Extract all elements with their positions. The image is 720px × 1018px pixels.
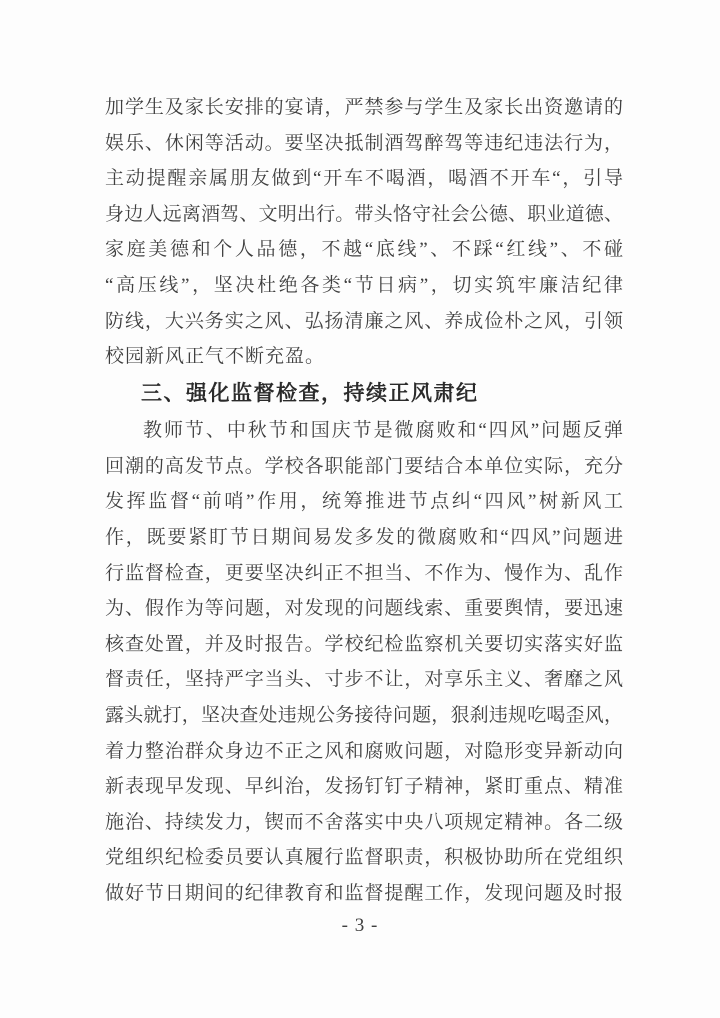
text-line: 娱乐、休闲等活动。要坚决抵制酒驾醉驾等违纪违法行为， [105,126,623,162]
text-line: 露头就打，坚决查处违规公务接待问题，狠刹违规吃喝歪风， [105,698,623,734]
text-line: 督责任，坚持严字当头、寸步不让，对享乐主义、奢靡之风 [105,662,623,698]
paragraph-supervision: 教师节、中秋节和国庆节是微腐败和“四风”问题反弹回潮的高发节点。学校各职能部门要… [105,413,623,911]
text-line: 主动提醒亲属朋友做到“开车不喝酒，喝酒不开车“，引导 [105,161,623,197]
text-line: 着力整治群众身边不正之风和腐败问题，对隐形变异新动向 [105,734,623,770]
text-line: 加学生及家长安排的宴请，严禁参与学生及家长出资邀请的 [105,90,623,126]
text-line: 为、假作为等问题，对发现的问题线索、重要舆情，要迅速 [105,591,623,627]
text-line: “高压线”，坚决杜绝各类“节日病”，切实筑牢廉洁纪律 [105,268,623,304]
text-line: 家庭美德和个人品德，不越“底线”、不踩“红线”、不碰 [105,232,623,268]
text-line: 防线，大兴务实之风、弘扬清廉之风、养成俭朴之风，引领 [105,304,623,340]
text-line: 核查处置，并及时报告。学校纪检监察机关要切实落实好监 [105,627,623,663]
text-line: 做好节日期间的纪律教育和监督提醒工作，发现问题及时报 [105,876,623,912]
text-line: 校园新风正气不断充盈。 [105,339,623,375]
paragraph-continuation: 加学生及家长安排的宴请，严禁参与学生及家长出资邀请的娱乐、休闲等活动。要坚决抵制… [105,90,623,375]
text-line: 回潮的高发节点。学校各职能部门要结合本单位实际，充分 [105,449,623,485]
section-heading: 三、强化监督检查，持续正风肃纪 [105,375,623,414]
document-body: 加学生及家长安排的宴请，严禁参与学生及家长出资邀请的娱乐、休闲等活动。要坚决抵制… [105,90,623,912]
text-line: 新表现早发现、早纠治，发扬钉钉子精神，紧盯重点、精准 [105,769,623,805]
text-line: 教师节、中秋节和国庆节是微腐败和“四风”问题反弹 [105,413,623,449]
document-page: 加学生及家长安排的宴请，严禁参与学生及家长出资邀请的娱乐、休闲等活动。要坚决抵制… [0,0,720,1018]
text-line: 党组织纪检委员要认真履行监督职责，积极协助所在党组织 [105,840,623,876]
text-line: 身边人远离酒驾、文明出行。带头恪守社会公德、职业道德、 [105,197,623,233]
text-line: 行监督检查，更要坚决纠正不担当、不作为、慢作为、乱作 [105,556,623,592]
text-line: 施治、持续发力，锲而不舍落实中央八项规定精神。各二级 [105,805,623,841]
text-line: 作，既要紧盯节日期间易发多发的微腐败和“四风”问题进 [105,520,623,556]
page-number: - 3 - [0,915,720,937]
text-line: 发挥监督“前哨”作用，统筹推进节点纠“四风”树新风工 [105,484,623,520]
